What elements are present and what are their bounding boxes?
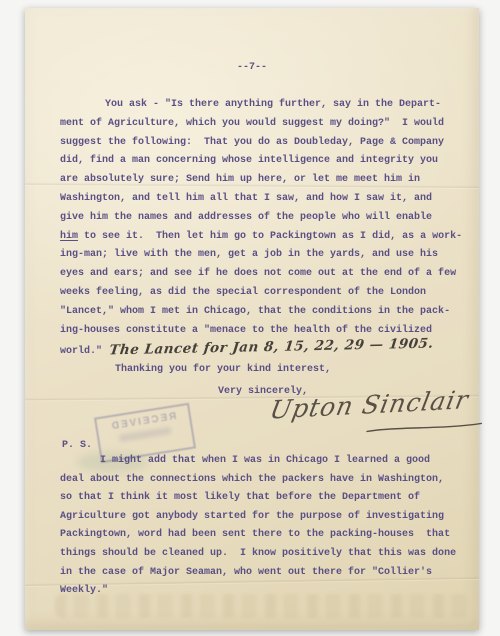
body-line: are absolutely sure; Send him up here, o…: [60, 171, 472, 190]
ps-paragraph: I might add that when I was in Chicago I…: [60, 452, 472, 601]
letter-paper: --7-- You ask - "Is there anything furth…: [25, 8, 479, 630]
body-line: ing-man; live with the men, get a job in…: [60, 246, 472, 265]
body-line: give him the names and addresses of the …: [60, 209, 472, 228]
ps-line: deal about the connections which the pac…: [60, 471, 472, 490]
body-line: world."The Lancet for Jan 8, 15, 22, 29 …: [60, 340, 472, 362]
body-line: did, find a man concerning whose intelli…: [60, 152, 472, 171]
scanned-letter-page: --7-- You ask - "Is there anything furth…: [0, 0, 500, 636]
ps-line: Packingtown, word had been sent there to…: [60, 526, 472, 545]
body-line: You ask - "Is there anything further, sa…: [60, 96, 472, 115]
page-number: --7--: [25, 62, 479, 73]
body-paragraph: You ask - "Is there anything further, sa…: [60, 96, 472, 362]
paper-watermark: [55, 594, 471, 618]
body-line: Washington, and tell him all that I saw,…: [60, 190, 472, 209]
body-line: eyes and ears; and see if he does not co…: [60, 265, 472, 284]
body-line: him to see it. Then let him go to Packin…: [60, 228, 472, 247]
ps-line: in the case of Major Seaman, who went ou…: [60, 564, 472, 583]
body-line: weeks feeling, as did the special corres…: [60, 284, 472, 303]
signature-flourish-underline: [364, 420, 483, 434]
ps-line: Agriculture got anybody started for the …: [60, 508, 472, 527]
ps-label: P. S.: [62, 440, 92, 451]
ps-line: things should be cleaned up. I know posi…: [60, 545, 472, 564]
closing-line-thanks: Thanking you for your kind interest,: [115, 364, 331, 375]
signature: Upton Sinclair: [263, 384, 488, 448]
ps-line: so that I think it most likely that befo…: [60, 489, 472, 508]
ps-line: I might add that when I was in Chicago I…: [60, 452, 472, 471]
body-line: suggest the following: That you do as Do…: [60, 134, 472, 153]
body-line: "Lancet," whom I met in Chicago, that th…: [60, 303, 472, 322]
body-line: ment of Agriculture, which you would sug…: [60, 115, 472, 134]
